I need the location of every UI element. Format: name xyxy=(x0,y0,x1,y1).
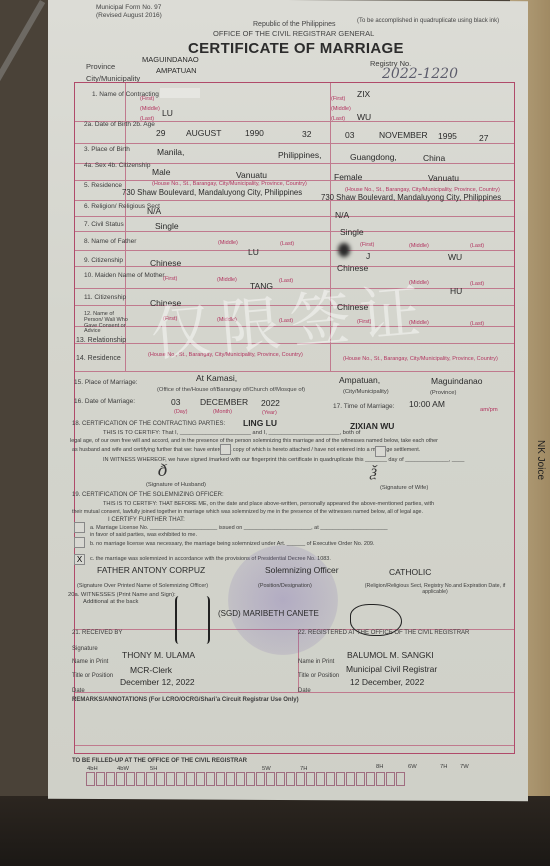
paper-fold xyxy=(0,0,45,90)
wife-citizenship: Vanuatu xyxy=(428,173,459,183)
marriage-city: Ampatuan, xyxy=(339,375,380,385)
handwritten-side-note: NK Joice xyxy=(535,440,546,480)
husband-dob-day: 29 xyxy=(156,128,165,138)
label-relationship: 13. Relationship xyxy=(76,337,126,344)
wife-age: 27 xyxy=(479,133,488,143)
document-title: CERTIFICATE OF MARRIAGE xyxy=(188,40,404,57)
received-heading: 21. RECEIVED BY xyxy=(72,630,122,636)
label-date-of-marriage: 16. Date of Marriage: xyxy=(74,399,135,406)
settlement-entered-checkbox[interactable] xyxy=(220,444,231,455)
option-c-checkbox[interactable]: X xyxy=(74,554,85,565)
husband-dob-year: 1990 xyxy=(245,128,264,138)
label-sex: 4a. Sex 4b. Citizenship xyxy=(84,163,150,170)
marriage-month: DECEMBER xyxy=(200,397,248,407)
label-place-of-marriage: 15. Place of Marriage: xyxy=(74,380,138,387)
husband-father-last: LU xyxy=(248,247,259,257)
redacted-name xyxy=(160,88,200,98)
settlement-not-entered-checkbox[interactable] xyxy=(375,446,386,457)
husband-age: 32 xyxy=(302,129,311,139)
redacted-mark xyxy=(338,243,350,257)
registrar-name: BALUMOL M. SANGKI xyxy=(347,650,434,660)
option-a-checkbox[interactable] xyxy=(74,522,85,533)
husband-dob-month: AUGUST xyxy=(186,128,221,138)
husband-civil-status: Single xyxy=(155,221,179,231)
label-residence: 5. Residence xyxy=(84,183,122,190)
wife-father-last: WU xyxy=(448,252,462,262)
husband-residence: 730 Shaw Boulevard, Mandaluyong City, Ph… xyxy=(122,188,302,197)
received-date: December 12, 2022 xyxy=(120,677,195,687)
certification-heading: 18. CERTIFICATION OF THE CONTRACTING PAR… xyxy=(72,421,225,427)
registered-heading: 22. REGISTERED AT THE OFFICE OF THE CIVI… xyxy=(298,630,469,636)
filled-up-label: TO BE FILLED-UP AT THE OFFICE OF THE CIV… xyxy=(72,758,247,764)
city-value: AMPATUAN xyxy=(156,66,197,75)
label-mother: 10. Maiden Name of Mother xyxy=(84,273,165,280)
registered-date: 12 December, 2022 xyxy=(350,677,424,687)
husband-certified-name: LING LU xyxy=(243,418,277,428)
label-pob: 3. Place of Birth xyxy=(84,147,130,154)
husband-sex: Male xyxy=(152,167,170,177)
form-revision: (Revised August 2016) xyxy=(96,12,162,19)
form-number: Municipal Form No. 97 xyxy=(96,4,161,11)
label-civil-status: 7. Civil Status xyxy=(84,222,124,229)
wife-dob-month: NOVEMBER xyxy=(379,130,428,140)
witnesses-label: 20a. WITNESSES (Print Name and Sign): xyxy=(68,592,176,598)
wife-birth-country: China xyxy=(423,153,445,163)
husband-birth-city: Manila, xyxy=(157,147,184,157)
province-value: MAGUINDANAO xyxy=(142,55,199,64)
marriage-place: At Kamasi, xyxy=(196,373,237,383)
province-label: Province xyxy=(86,63,115,71)
marriage-year: 2022 xyxy=(261,398,280,408)
wife-religion: N/A xyxy=(335,210,349,220)
wife-residence: 730 Shaw Boulevard, Mandaluyong City, Ph… xyxy=(321,193,501,202)
label-consent: 12. Name of Person/ Wali Who Gave Consen… xyxy=(84,312,134,335)
label-dob: 2a. Date of Birth 2b. Age xyxy=(84,122,155,129)
marriage-time: 10:00 AM xyxy=(409,399,445,409)
label-mother-citizenship: 11. Citizenship xyxy=(84,295,126,302)
wife-civil-status: Single xyxy=(340,227,364,237)
remarks-label: REMARKS/ANNOTATIONS (For LCRO/OCRG/Shari… xyxy=(72,697,299,703)
code-boxes xyxy=(86,772,405,786)
option-b-checkbox[interactable] xyxy=(74,537,85,548)
label-father: 8. Name of Father xyxy=(84,239,136,246)
wife-mother-last: HU xyxy=(450,286,462,296)
received-name: THONY M. ULAMA xyxy=(122,650,195,660)
wife-last-name: WU xyxy=(357,112,371,122)
wife-father-first: J xyxy=(366,251,370,261)
wife-signature: ѯ xyxy=(370,461,376,481)
registry-number: 2022-1220 xyxy=(382,66,458,82)
official-seal-stamp xyxy=(228,545,338,655)
wife-sex: Female xyxy=(334,172,362,182)
republic-label: Republic of the Philippines xyxy=(253,21,336,28)
registrar-title: Municipal Civil Registrar xyxy=(346,664,437,674)
wife-dob-year: 1995 xyxy=(438,131,457,141)
officer-religion: CATHOLIC xyxy=(389,567,431,577)
received-title: MCR-Clerk xyxy=(130,665,172,675)
office-label: OFFICE OF THE CIVIL REGISTRAR GENERAL xyxy=(213,29,374,38)
instructions: (To be accomplished in quadruplicate usi… xyxy=(357,18,499,24)
background-floor xyxy=(0,796,550,866)
husband-father-citizenship: Chinese xyxy=(150,258,181,268)
label-residence-2: 14. Residence xyxy=(76,355,121,362)
witness-name: (SGD) MARIBETH CANETE xyxy=(218,609,319,618)
wife-first-name: ZIX xyxy=(357,89,370,99)
officer-name: FATHER ANTONY CORPUZ xyxy=(97,565,205,575)
husband-last-name: LU xyxy=(162,108,173,118)
witness-signature xyxy=(175,596,210,644)
wife-birth-city: Guangdong, xyxy=(350,152,397,162)
label-father-citizenship: 9. Citizenship xyxy=(84,258,123,265)
marriage-province: Maguindanao xyxy=(431,376,483,386)
husband-citizenship: Vanuatu xyxy=(236,170,267,180)
solemnizing-heading: 19. CERTIFICATION OF THE SOLEMNIZING OFF… xyxy=(72,492,224,498)
husband-signature: ð xyxy=(158,461,168,480)
label-time-of-marriage: 17. Time of Marriage: xyxy=(333,404,394,411)
husband-birth-country: Philippines, xyxy=(278,150,321,160)
marriage-day: 03 xyxy=(171,397,180,407)
wife-dob-day: 03 xyxy=(345,130,354,140)
husband-religion: N/A xyxy=(147,206,161,216)
officer-position: Solemnizing Officer xyxy=(265,565,339,575)
